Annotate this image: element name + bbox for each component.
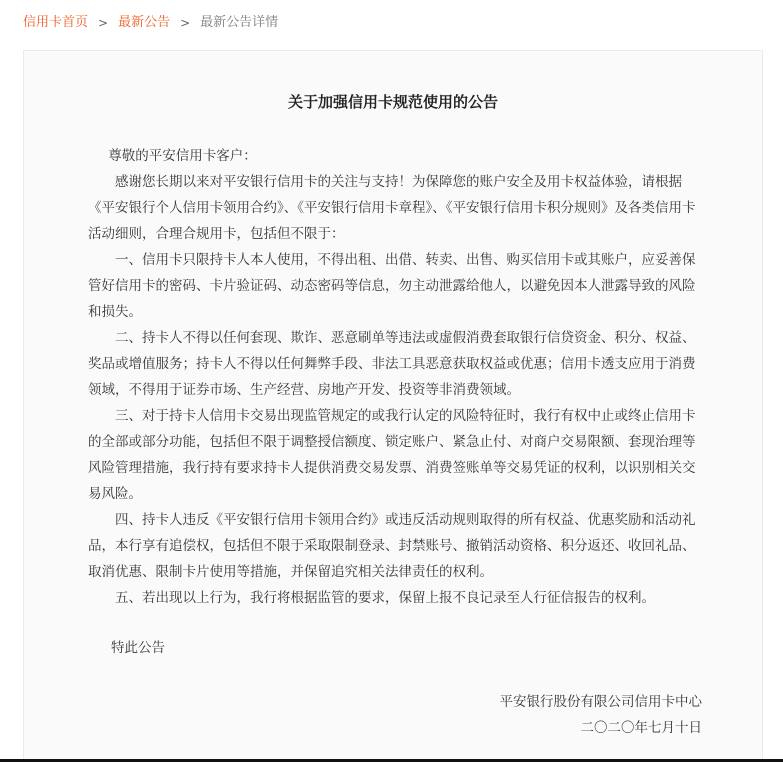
notice-greeting: 尊敬的平安信用卡客户： (88, 143, 700, 169)
breadcrumb-separator: > (180, 14, 190, 32)
breadcrumb-current: 最新公告详情 (200, 14, 278, 32)
notice-paragraph-1: 一、信用卡只限持卡人本人使用，不得出租、出借、转卖、出售、购买信用卡或其账户，应… (88, 247, 700, 325)
notice-paragraph-2: 二、持卡人不得以任何套现、欺诈、恶意刷单等违法或虚假消费套取银行信贷资金、积分、… (88, 325, 700, 403)
notice-paragraph-5: 五、若出现以上行为，我行将根据监管的要求，保留上报不良记录至人行征信报告的权利。 (88, 585, 700, 611)
notice-title: 关于加强信用卡规范使用的公告 (24, 91, 762, 113)
notice-paragraph-intro: 感谢您长期以来对平安银行信用卡的关注与支持！为保障您的账户安全及用卡权益体验，请… (88, 169, 700, 247)
notice-date: 二〇二〇年七月十日 (500, 715, 703, 741)
breadcrumb: 信用卡首页 > 最新公告 > 最新公告详情 (23, 14, 278, 32)
notice-body: 尊敬的平安信用卡客户： 感谢您长期以来对平安银行信用卡的关注与支持！为保障您的账… (88, 143, 700, 611)
notice-panel: 关于加强信用卡规范使用的公告 尊敬的平安信用卡客户： 感谢您长期以来对平安银行信… (23, 50, 763, 759)
breadcrumb-separator: > (98, 14, 108, 32)
notice-signature: 平安银行股份有限公司信用卡中心 二〇二〇年七月十日 (500, 689, 703, 741)
notice-issuer: 平安银行股份有限公司信用卡中心 (500, 689, 703, 715)
notice-closing: 特此公告 (111, 637, 165, 659)
notice-paragraph-3: 三、对于持卡人信用卡交易出现监管规定的或我行认定的风险特征时，我行有权中止或终止… (88, 403, 700, 507)
breadcrumb-notices-link[interactable]: 最新公告 (118, 14, 170, 32)
breadcrumb-home-link[interactable]: 信用卡首页 (23, 14, 88, 32)
notice-paragraph-4: 四、持卡人违反《平安银行信用卡领用合约》或违反活动规则取得的所有权益、优惠奖励和… (88, 507, 700, 585)
